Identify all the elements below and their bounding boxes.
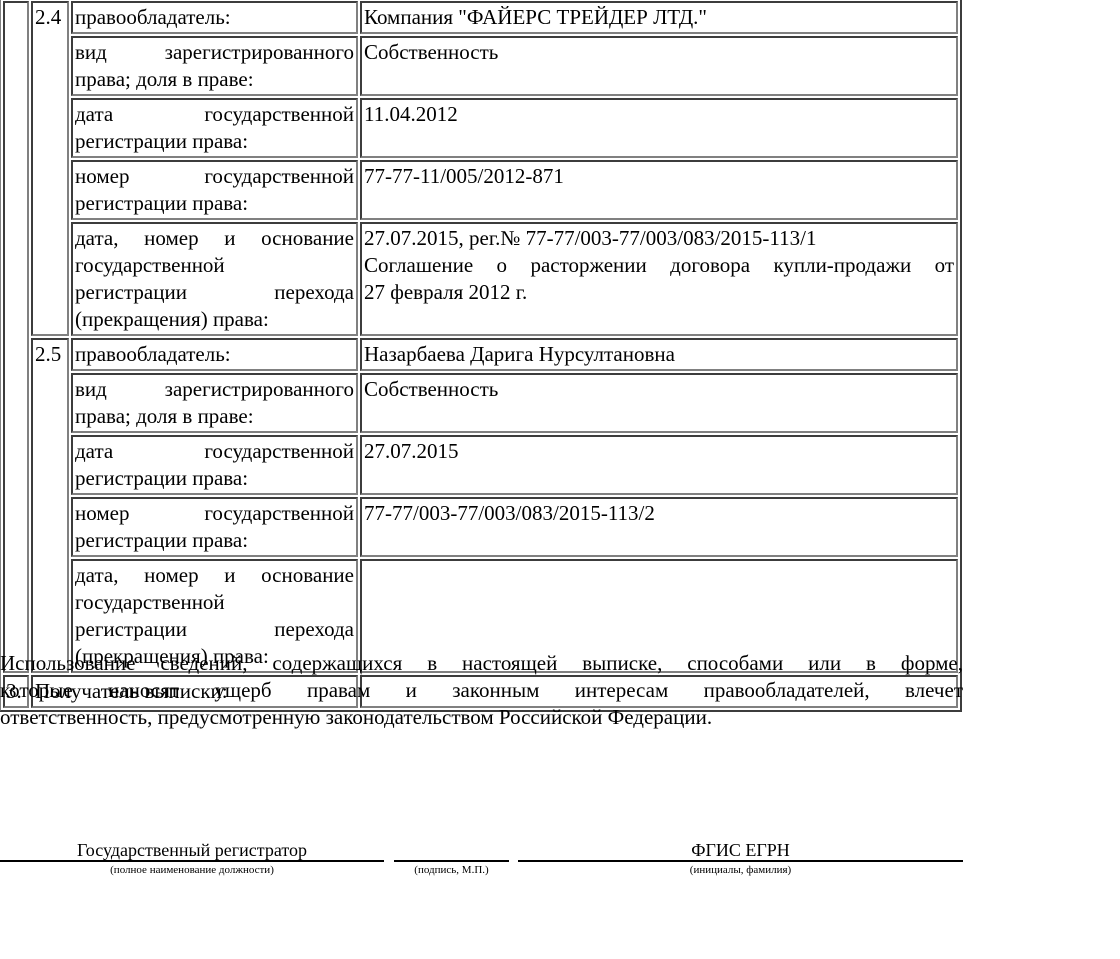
- notice-line: которые наносят ущерб правам и законным …: [0, 677, 963, 704]
- field-value: 27.07.2015: [360, 435, 958, 495]
- field-value: Собственность: [360, 36, 958, 96]
- subsection-number: 2.5: [31, 338, 69, 673]
- value-line: Соглашение о расторжении договора купли-…: [364, 252, 954, 279]
- value-line: 27.07.2015, рег.№ 77-77/003-77/003/083/2…: [364, 225, 954, 252]
- label-line: права; доля в праве:: [75, 66, 354, 93]
- label-line: правообладатель:: [75, 341, 354, 368]
- field-value: 77-77/003-77/003/083/2015-113/2: [360, 497, 958, 557]
- label-line: номер государственной: [75, 500, 354, 527]
- label-line: регистрации перехода: [75, 616, 354, 643]
- label-line: регистрации права:: [75, 527, 354, 554]
- value-line: 27 февраля 2012 г.: [364, 279, 954, 306]
- extract-table-body: 2.4правообладатель:Компания "ФАЙЕРС ТРЕЙ…: [3, 1, 958, 708]
- section-number-cell: [3, 1, 29, 673]
- label-line: регистрации права:: [75, 465, 354, 492]
- signature-name: ФГИС ЕГРН (инициалы, фамилия): [518, 840, 963, 877]
- label-line: дата государственной: [75, 438, 354, 465]
- field-label: вид зарегистрированногоправа; доля в пра…: [71, 373, 358, 433]
- value-line: Собственность: [364, 376, 954, 403]
- label-line: права; доля в праве:: [75, 403, 354, 430]
- field-label: правообладатель:: [71, 338, 358, 371]
- label-line: регистрации перехода: [75, 279, 354, 306]
- label-line: (прекращения) права:: [75, 306, 354, 333]
- label-line: дата государственной: [75, 101, 354, 128]
- label-line: вид зарегистрированного: [75, 39, 354, 66]
- value-line: 11.04.2012: [364, 101, 954, 128]
- label-line: государственной: [75, 252, 354, 279]
- field-value: Назарбаева Дарига Нурсултановна: [360, 338, 958, 371]
- field-label: вид зарегистрированногоправа; доля в пра…: [71, 36, 358, 96]
- field-label: номер государственнойрегистрации права:: [71, 160, 358, 220]
- value-line: 77-77-11/005/2012-871: [364, 163, 954, 190]
- table-row: номер государственнойрегистрации права:7…: [3, 160, 958, 220]
- field-value: 27.07.2015, рег.№ 77-77/003-77/003/083/2…: [360, 222, 958, 336]
- table-row: номер государственнойрегистрации права:7…: [3, 497, 958, 557]
- label-line: регистрации права:: [75, 190, 354, 217]
- field-value: 11.04.2012: [360, 98, 958, 158]
- field-label: номер государственнойрегистрации права:: [71, 497, 358, 557]
- value-line: 27.07.2015: [364, 438, 954, 465]
- label-line: правообладатель:: [75, 4, 354, 31]
- registrar-position: Государственный регистратор: [0, 840, 384, 862]
- value-line: 77-77/003-77/003/083/2015-113/2: [364, 500, 954, 527]
- field-value: Собственность: [360, 373, 958, 433]
- label-line: вид зарегистрированного: [75, 376, 354, 403]
- liability-notice: Использование сведений, содержащихся в н…: [0, 650, 963, 731]
- label-line: дата, номер и основание: [75, 562, 354, 589]
- field-label: правообладатель:: [71, 1, 358, 34]
- label-line: номер государственной: [75, 163, 354, 190]
- position-caption: (полное наименование должности): [0, 863, 384, 877]
- value-line: Компания "ФАЙЕРС ТРЕЙДЕР ЛТД.": [364, 4, 954, 31]
- table-row: дата, номер и основаниегосударственнойре…: [3, 222, 958, 336]
- name-caption: (инициалы, фамилия): [518, 863, 963, 877]
- signature-block: Государственный регистратор (полное наим…: [0, 840, 963, 880]
- notice-line: Использование сведений, содержащихся в н…: [0, 650, 963, 677]
- label-line: государственной: [75, 589, 354, 616]
- value-line: Собственность: [364, 39, 954, 66]
- signature-position: Государственный регистратор (полное наим…: [0, 840, 384, 877]
- signature-caption: (подпись, М.П.): [394, 863, 509, 877]
- notice-line: ответственность, предусмотренную законод…: [0, 704, 963, 731]
- value-line: Назарбаева Дарига Нурсултановна: [364, 341, 954, 368]
- table-row: дата государственнойрегистрации права:27…: [3, 435, 958, 495]
- table-row: вид зарегистрированногоправа; доля в пра…: [3, 373, 958, 433]
- subsection-number: 2.4: [31, 1, 69, 336]
- label-line: регистрации права:: [75, 128, 354, 155]
- extract-table: 2.4правообладатель:Компания "ФАЙЕРС ТРЕЙ…: [0, 0, 962, 712]
- table-row: вид зарегистрированногоправа; доля в пра…: [3, 36, 958, 96]
- table-row: дата государственнойрегистрации права:11…: [3, 98, 958, 158]
- field-label: дата, номер и основаниегосударственнойре…: [71, 222, 358, 336]
- registrar-name: ФГИС ЕГРН: [518, 840, 963, 862]
- signature-sign: (подпись, М.П.): [394, 840, 509, 877]
- field-value: 77-77-11/005/2012-871: [360, 160, 958, 220]
- document-page: 2.4правообладатель:Компания "ФАЙЕРС ТРЕЙ…: [0, 0, 963, 712]
- table-row: 2.4правообладатель:Компания "ФАЙЕРС ТРЕЙ…: [3, 1, 958, 34]
- label-line: дата, номер и основание: [75, 225, 354, 252]
- field-label: дата государственнойрегистрации права:: [71, 98, 358, 158]
- field-value: Компания "ФАЙЕРС ТРЕЙДЕР ЛТД.": [360, 1, 958, 34]
- field-label: дата государственнойрегистрации права:: [71, 435, 358, 495]
- table-row: 2.5правообладатель:Назарбаева Дарига Нур…: [3, 338, 958, 371]
- signature-field: [394, 840, 509, 862]
